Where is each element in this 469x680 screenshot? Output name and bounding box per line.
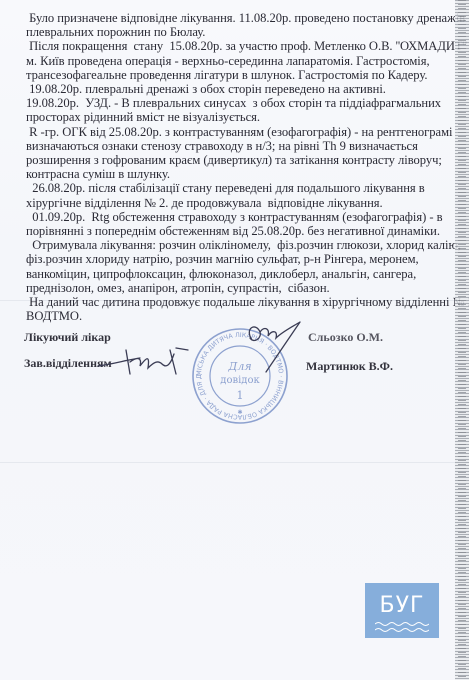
text-line: 01.09.20р. Rtg обстеження стравоходу з к…	[26, 210, 446, 224]
text-line: контрасна суміш в шлунку.	[26, 167, 446, 181]
text-line: 19.08.20р. плевральні дренажі з обох сто…	[26, 82, 446, 96]
document-page: Було призначене відповідне лікування. 11…	[0, 0, 455, 680]
svg-text:✱: ✱	[237, 409, 242, 416]
text-line: хірургічне відділення № 2. де продовжува…	[26, 196, 446, 210]
bug-logo: БУГ	[365, 583, 439, 638]
attending-physician-name: Сльозко О.М.	[308, 330, 383, 345]
attending-signature-icon	[240, 318, 310, 378]
document-body: Було призначене відповідне лікування. 11…	[26, 11, 446, 323]
text-line: 26.08.20р. після стабілізації стану пере…	[26, 181, 446, 195]
text-line: визначаються ознаки стенозу стравоходу в…	[26, 139, 446, 153]
text-line: ванкоміцин, ципрофлоксацин, флюконазол, …	[26, 267, 446, 281]
text-line: порівнянні з попереднім обстеженням від …	[26, 224, 446, 238]
text-line: просторах рідинний вміст не візуалізуєть…	[26, 110, 446, 124]
text-line: Було призначене відповідне лікування. 11…	[26, 11, 446, 25]
text-line: розширення з гофрованим краєм (дивертику…	[26, 153, 446, 167]
attending-physician-label: Лікуючий лікар	[24, 330, 111, 345]
text-line: м. Київ проведена операція - верхньо-сер…	[26, 54, 446, 68]
text-line: Після покращення стану 15.08.20р. за уча…	[26, 39, 446, 53]
text-line: ВОДТМО.	[26, 309, 446, 323]
text-line: плевральних порожнин по Бюлау.	[26, 25, 446, 39]
waves-icon	[375, 620, 429, 634]
text-line: трансезофагеальне проведення лігатури в …	[26, 68, 446, 82]
text-line: 19.08.20р. УЗД. - В плевральних синусах …	[26, 96, 446, 110]
torn-perforated-edge	[455, 0, 469, 680]
paper-fold	[0, 462, 455, 463]
department-head-name: Мартинюк В.Ф.	[306, 359, 393, 374]
text-line: На даний час дитина продовжує подальше л…	[26, 295, 446, 309]
text-line: Отримувала лікування: розчин олікліномел…	[26, 238, 446, 252]
logo-text: БУГ	[365, 593, 439, 618]
svg-text:1: 1	[237, 389, 244, 402]
text-line: R -гр. ОГК від 25.08.20р. з контрастуван…	[26, 125, 446, 139]
head-signature-icon	[96, 344, 196, 378]
text-line: преднізолон, омез, анапірон, атропін, су…	[26, 281, 446, 295]
text-line: фіз.розчин хлориду натрію, розчин магнію…	[26, 252, 446, 266]
